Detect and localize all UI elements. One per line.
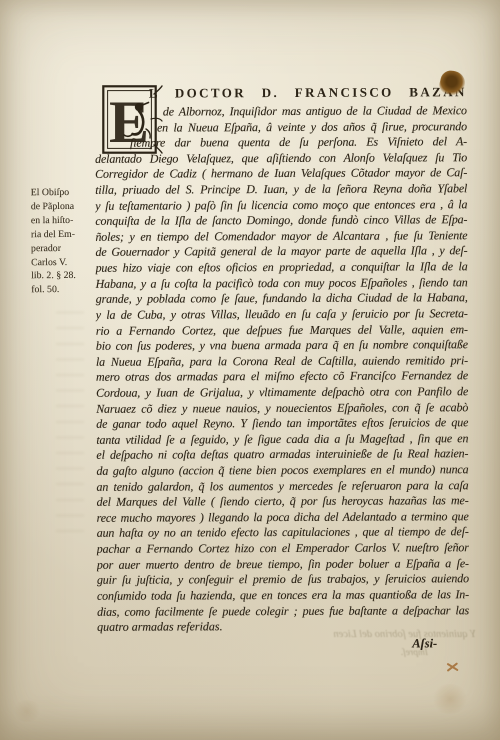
text-line: en la Nueua Eſpaña, â veinte y dos años … xyxy=(95,119,467,136)
margin-note: El Obiſpode Pãplonaen la hiſto-ria del E… xyxy=(31,186,104,298)
title-line: L DOCTOR D. FRANCISCO BAZAN xyxy=(95,83,467,105)
text-line: bio con ſus poderes, y vna buena armada … xyxy=(96,337,468,354)
margin-note-line: de Pãplona xyxy=(31,200,103,214)
text-line: la Nueua Eſpaña, para la Corona Real de … xyxy=(96,353,468,370)
text-line: da gaſto alguno (accion q̃ tiene bien po… xyxy=(96,462,468,479)
margin-note-line: en la hiſto- xyxy=(31,214,103,228)
text-line: de Gouernador y Capitã general de la may… xyxy=(95,244,467,261)
margin-note-line: fol. 50. xyxy=(31,283,103,297)
body-text: L DOCTOR D. FRANCISCO BAZAN de Albornoz,… xyxy=(95,83,469,652)
text-line: an tenido galardon, q̃ los aumentos y me… xyxy=(96,478,468,495)
show-through-text: Y quinientos fue ſobrino del Licen xyxy=(298,629,476,640)
show-through-text: Impreſ. xyxy=(368,648,428,658)
margin-note-line: lib. 2. § 28. xyxy=(31,269,103,283)
text-line: dias, como facilmente ſe puede colegir ;… xyxy=(97,603,469,620)
text-line: conſumido toda ſu hazienda, que en tonce… xyxy=(97,587,469,604)
text-line: pues hizo viaje con eſtos oficios en pro… xyxy=(96,259,468,276)
body-lines: de Albornoz, Inquiſidor mas antiguo de l… xyxy=(95,103,469,620)
text-line: tanta vtilidad ſe a ſeguido, y ſe ſigue … xyxy=(96,431,468,448)
margin-note-line: ria del Em- xyxy=(31,228,103,242)
text-line: grande, y poblada como ſe ſaue, fundando… xyxy=(96,291,468,308)
text-line: pachar a Fernando Cortez hizo con el Emp… xyxy=(97,540,469,557)
text-line: rio a Fernando Cortez, que deſpues fue M… xyxy=(96,322,468,339)
text-line: conquiſta de la Iſla de ſancto Domingo, … xyxy=(95,212,467,229)
text-line: mero otras dos armadas para el miſmo efe… xyxy=(96,369,468,386)
book-page-scan: E El Obiſpode Pãplonaen la hiſto-ria del… xyxy=(0,0,500,740)
text-line: aun haſta oy no an tenido efecto las cap… xyxy=(97,525,469,542)
text-line: ſiempre dar buena quenta de ſu perſona. … xyxy=(95,134,467,151)
text-line: y ſu teſtamentario ) paſò ſin ſu licenci… xyxy=(95,197,467,214)
text-line: de ganar todo aquel Reyno. Y ſiendo tan … xyxy=(96,415,468,432)
text-line: y la de Cuba, y otras Villas, lleuãdo en… xyxy=(96,306,468,323)
text-line: Habana, y a ſu coſta la pacificò toda co… xyxy=(96,275,468,292)
ink-mark xyxy=(445,661,460,674)
text-line: Corregidor de Cadiz ( hermano de Iuan Ve… xyxy=(95,166,467,183)
paper-stain xyxy=(431,684,469,714)
paper-stain xyxy=(12,700,42,722)
text-line: rece mucho mayores ) llegando la poca di… xyxy=(97,509,469,526)
text-line: el deſpacho ni coſta deſtas quatro armad… xyxy=(96,447,468,464)
text-line: del Marques del Valle ( ſiendo cierto, q… xyxy=(97,493,469,510)
show-through-smudge xyxy=(56,298,84,532)
text-line: Cordoua, y Iuan de Grijalua, y vltimamen… xyxy=(96,384,468,401)
margin-note-line: Carlos V. xyxy=(31,255,103,269)
text-line: de Albornoz, Inquiſidor mas antiguo de l… xyxy=(95,103,467,120)
text-line: Naruaez cõ diez y nueue nauios, y noueci… xyxy=(96,400,468,417)
margin-note-line: El Obiſpo xyxy=(31,186,103,200)
text-line: ñoles; y en tiempo del Comendador mayor … xyxy=(95,228,467,245)
text-line: delantado Diego Velaſquez, que aſiſtiend… xyxy=(95,150,467,167)
margin-note-line: perador xyxy=(31,241,103,255)
text-line: tilla, priuado del S. Principe D. Iuan, … xyxy=(95,181,467,198)
text-line: guir ſu juſticia, y conſeguir el premio … xyxy=(97,571,469,588)
text-line: por auer muerto dentro de breue tiempo, … xyxy=(97,556,469,573)
